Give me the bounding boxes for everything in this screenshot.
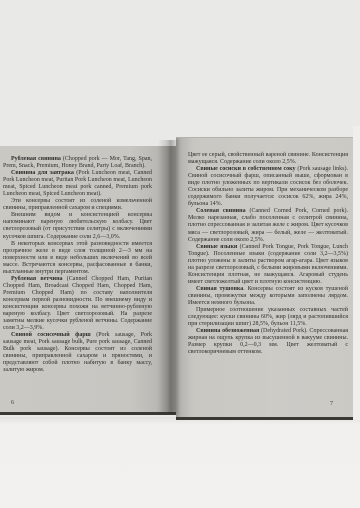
paragraph: Примерное соотношение указанных составны… [188, 307, 348, 328]
paragraph-lead: Свиные сосиски в собственном соку [196, 166, 296, 172]
book-page-left: Рубленая свинина (Chopped pork — Mor, Ta… [0, 146, 178, 415]
page-edge-strip [353, 126, 360, 420]
paragraph-body: Внешним видом и консистенцией консервы н… [3, 212, 152, 239]
paragraph-body: В некоторых консервах этой разновидности… [3, 241, 152, 275]
paragraph: Свиная тушонка. Консервы состоят из куск… [188, 286, 348, 307]
paragraph-lead: Свиная тушонка [196, 286, 243, 292]
paragraph: В некоторых консервах этой разновидности… [3, 241, 152, 276]
paragraph: Рубленая ветчина (Canned Chopped Ham, Pu… [3, 276, 152, 332]
paragraph-lead: Свинина обезвоженная [196, 328, 259, 334]
paragraph: Рубленая свинина (Chopped pork — Mor, Ta… [3, 156, 152, 170]
page-number-left: 6 [11, 400, 14, 406]
paragraph-lead: Свиной сосисочный фарш [11, 332, 91, 338]
paragraph-lead: Свинина для завтрака [11, 170, 74, 176]
paragraph-lead: Рубленая свинина [11, 156, 61, 162]
right-page-text-column: Цвет ее серый, свойственный вареной свин… [188, 152, 348, 356]
paragraph-body: Примерное соотношение указанных составны… [188, 307, 348, 327]
paragraph: Цвет ее серый, свойственный вареной свин… [188, 152, 348, 166]
scanned-book-spread: Рубленая свинина (Chopped pork — Mor, Ta… [0, 0, 360, 508]
paragraph: Свиные сосиски в собственном соку (Pork … [188, 166, 348, 208]
paragraph: Внешним видом и консистенцией консервы н… [3, 212, 152, 240]
paragraph: Свиные языки (Canned Pork Tongue, Pork T… [188, 244, 348, 286]
paragraph-lead: Соленая свинина [196, 208, 246, 214]
paragraph-body: (Pork sausage, Pork sausage meat, Pork s… [3, 332, 152, 373]
page-number-right: 7 [330, 401, 333, 407]
paragraph: Эти консервы состоят из соленой измельче… [3, 198, 152, 212]
paragraph: Соленая свинина (Canned Corned Pork, Cor… [188, 208, 348, 243]
paragraph: Свинина для завтрака (Pork Luncheon meat… [3, 170, 152, 198]
paragraph-body: (Canned Pork Tongue, Pork Tongue, Lunch … [188, 244, 348, 285]
book-page-right: Цвет ее серый, свойственный вареной свин… [176, 137, 353, 420]
paragraph-body: Эти консервы состоят из соленой измельче… [3, 198, 152, 211]
paragraph-body: (Pork sausage links). Свиной сосисочный … [188, 166, 348, 207]
paragraph-body: (Canned Chopped Ham, Puritan Chopped Ham… [3, 276, 152, 331]
paragraph-body: Цвет ее серый, свойственный вареной свин… [188, 152, 348, 165]
paragraph-lead: Свиные языки [196, 244, 237, 250]
paragraph: Свиной сосисочный фарш (Pork sausage, Po… [3, 332, 152, 374]
scanner-background-lower [0, 417, 360, 508]
paragraph: Свинина обезвоженная (Dehydrated Pork). … [188, 328, 348, 356]
paragraph-lead: Рубленая ветчина [11, 276, 63, 282]
left-page-text-column: Рубленая свинина (Chopped pork — Mor, Ta… [3, 156, 152, 374]
